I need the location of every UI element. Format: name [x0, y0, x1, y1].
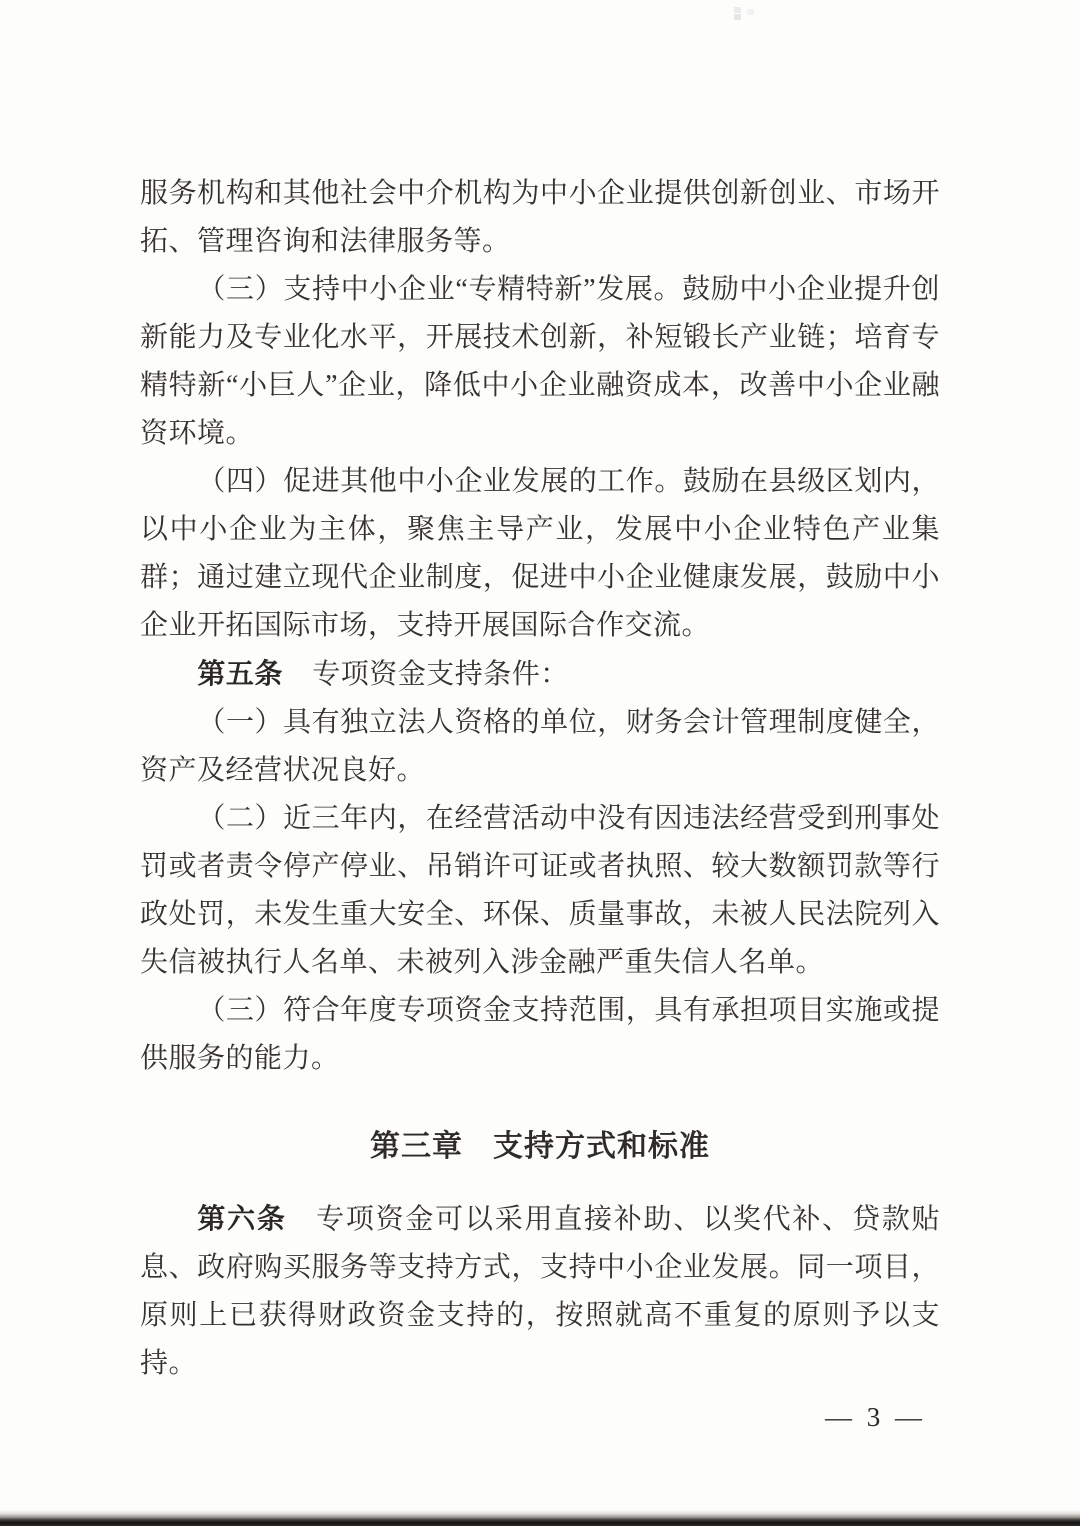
- chapter-number: 第三章: [370, 1129, 463, 1164]
- article-5-text: 专项资金支持条件：: [312, 659, 569, 690]
- condition-3-paragraph: （三）符合年度专项资金支持范围，具有承担项目实施或提供服务的能力。: [140, 987, 940, 1083]
- scanned-document-page: 服务机构和其他社会中介机构为中小企业提供创新创业、市场开拓、管理咨询和法律服务等…: [0, 0, 1080, 1526]
- article-5-number: 第五条: [197, 657, 283, 690]
- article-6-paragraph: 第六条专项资金可以采用直接补助、以奖代补、贷款贴息、政府购买服务等支持方式，支持…: [140, 1195, 940, 1388]
- page-number: — 3 —: [140, 1402, 940, 1432]
- condition-2-paragraph: （二）近三年内，在经营活动中没有因违法经营受到刑事处罚或者责令停产停业、吊销许可…: [140, 795, 940, 987]
- item-3-zhuanjingtexin-paragraph: （三）支持中小企业“专精特新”发展。鼓励中小企业提升创新能力及专业化水平，开展技…: [140, 266, 940, 458]
- chapter-title: 支持方式和标准: [493, 1129, 710, 1164]
- chapter-3-heading: 第三章支持方式和标准: [140, 1123, 940, 1171]
- article-6-number: 第六条: [197, 1202, 286, 1235]
- item-4-other-sme-paragraph: （四）促进其他中小企业发展的工作。鼓励在县级区划内，以中小企业为主体，聚焦主导产…: [140, 458, 940, 650]
- scan-bottom-edge: [0, 1510, 1080, 1526]
- paragraph-continuation-services: 服务机构和其他社会中介机构为中小企业提供创新创业、市场开拓、管理咨询和法律服务等…: [140, 170, 940, 266]
- document-body: 服务机构和其他社会中介机构为中小企业提供创新创业、市场开拓、管理咨询和法律服务等…: [140, 170, 940, 1432]
- article-5-paragraph: 第五条专项资金支持条件：: [140, 650, 940, 699]
- scan-artifact-speck: [734, 7, 741, 13]
- condition-1-paragraph: （一）具有独立法人资格的单位，财务会计管理制度健全，资产及经营状况良好。: [140, 699, 940, 795]
